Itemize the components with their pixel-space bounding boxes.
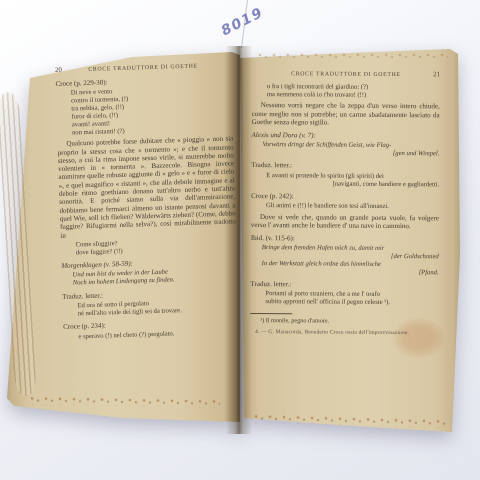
verse-line: In der Werkstatt gleich ordne das himmli…	[262, 260, 439, 269]
verse-block: Come sfuggire? dove fuggire? (!!)	[60, 236, 236, 257]
left-page-text: 20 CROCE TRADUTTORE DI GOETHE Croce (p. …	[55, 61, 240, 343]
foxing-spots	[256, 52, 448, 58]
paragraph: Qualcuno potrebbe forse dubitare che « p…	[57, 135, 236, 240]
verse-block: E avanti si protende lo spirito (gli spi…	[251, 172, 439, 189]
right-page-header: CROCE TRADUTTORE DI GOETHE 21	[252, 70, 440, 78]
right-page-text: CROCE TRADUTTORE DI GOETHE 21 o fra i ti…	[250, 70, 440, 337]
verse-line: [gen und Wimpel.	[262, 149, 439, 158]
translation-label: Traduz. letter.:	[250, 280, 438, 290]
verse-line: Vorwärts dringt der Schiffenden Geist, w…	[262, 141, 439, 150]
verse-block: Di neve e vento contro il tormenta, (!) …	[56, 85, 233, 138]
verse-block: Ed ora né sotto il pergolato né nell'alt…	[62, 297, 238, 318]
german-quote-block: Und nun bist du weder in der Laube Noch …	[61, 267, 237, 288]
footnote: ¹) Il monile, pegno d'amore.	[250, 317, 438, 326]
left-page-number: 20	[55, 66, 75, 74]
citation-ref: Croce (p. 242):	[251, 192, 439, 202]
verse-line: E avanti si protende lo spirito (gli spi…	[266, 172, 439, 181]
verse-block: o fra i tigli incontrarti del giardino: …	[252, 83, 440, 100]
work-title-ref: Alexis und Dora (v. 7):	[252, 131, 440, 141]
open-book: 20 CROCE TRADUTTORE DI GOETHE Croce (p. …	[0, 0, 480, 480]
header-spacer	[211, 66, 231, 67]
german-quote-block: Bringe dem fremden Hafen mich zu, damit …	[251, 244, 439, 277]
verse-line: [naviganti, come bandiere e gagliardetti…	[266, 180, 439, 189]
paragraph: Nessuno vorrà negare che la zeppa d'un v…	[252, 101, 440, 127]
citation-ref: Ibid. (v. 115-6):	[251, 234, 439, 244]
verse-line: subito appronti nell' officina il pegno …	[265, 298, 438, 307]
translation-label: Traduz. letter.:	[251, 161, 439, 171]
german-quote-block: Vorwärts dringt der Schiffenden Geist, w…	[251, 141, 439, 158]
verse-line: [Pfand.	[262, 268, 439, 277]
verse-line: Gli animi e (!!) le bandiere son tesi al…	[266, 202, 439, 211]
verse-line: ma nemmeno colà io t'ho trovato! (!!)	[267, 91, 440, 100]
verse-block: Portami al porto straniero, che a me l' …	[250, 290, 438, 307]
verse-block: Gli animi e (!!) le bandiere son tesi al…	[251, 202, 439, 211]
footnote-rule	[250, 313, 292, 314]
paragraph: Dove si vede che, quando un grande poeta…	[251, 213, 439, 231]
printer-signature: 4. — G. Manacorda, Benedetto Croce ossia…	[250, 329, 438, 337]
verse-line: Bringe dem fremden Hafen mich zu, damit …	[262, 244, 439, 253]
right-page-number: 21	[420, 71, 440, 78]
left-page-header: 20 CROCE TRADUTTORE DI GOETHE	[55, 61, 231, 74]
right-running-title: CROCE TRADUTTORE DI GOETHE	[272, 71, 420, 78]
